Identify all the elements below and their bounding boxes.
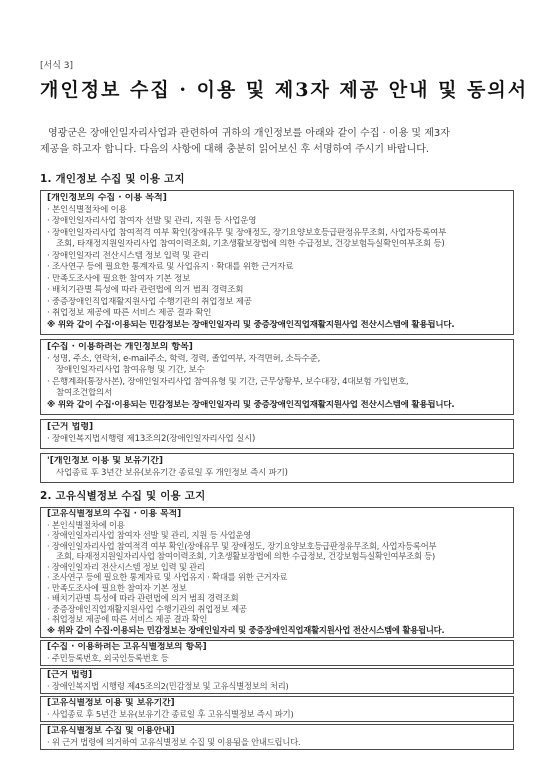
form-number-label: [서식 3] (40, 58, 514, 71)
info-box-title: [고유식별정보 이용 및 보유기간] (47, 698, 507, 709)
notice-emphasis-line: ※ 위와 같이 수집·이용되는 민감정보는 장애인일자리 및 중증장애인직업재활… (47, 400, 507, 412)
bullet-line: · 취업정보 제공에 따른 서비스 제공 결과 확인 (47, 614, 507, 625)
info-box: [근거 법령]· 장애인복지법시행령 제13조의2(장애인일자리사업 실시) (40, 419, 514, 449)
info-box: [개인정보의 수집 · 이용 목적]· 본인식별절차에 이용· 장애인일자리사업… (40, 190, 514, 335)
bullet-line: 조회, 타재정지원일자리사업 참여이력조회, 기초생활보장법에 의한 수급정보,… (47, 551, 507, 562)
bullet-line: · 중증장애인직업재활지원사업 수행기관의 취업정보 제공 (47, 297, 507, 309)
info-box-title: [근거 법령] (47, 670, 507, 681)
info-box-title: [수집 · 이용하려는 고유식별정보의 항목] (47, 642, 507, 653)
bullet-line: · 취업정보 제공에 따른 서비스 제공 결과 확인 (47, 308, 507, 320)
bullet-line: · 장애인일자리 전산시스템 정보 입력 및 관리 (47, 251, 507, 263)
section-unique-id-notice: 2. 고유식별정보 수집 및 이용 고지 [고유식별정보의 수집 · 이용 목적… (40, 488, 514, 750)
bullet-line: · 조사연구 등에 필요한 통계자료 및 사업유지 · 확대를 위한 근거자료 (47, 262, 507, 274)
section-2-heading: 2. 고유식별정보 수집 및 이용 고지 (40, 488, 514, 503)
bullet-line: · 장애인일자리사업 참여자 선발 및 관리, 지원 등 사업운영 (47, 216, 507, 228)
section-personal-info-notice: 1. 개인정보 수집 및 이용 고지 [개인정보의 수집 · 이용 목적]· 본… (40, 171, 514, 483)
consent-document-page: [서식 3] 개인정보 수집 · 이용 및 제3자 제공 안내 및 동의서 영광… (0, 0, 550, 778)
intro-line-2: 제공을 하고자 합니다. 다음의 사항에 대해 충분히 읽어보신 후 서명하여 … (40, 142, 514, 158)
intro-line-1: 영광군은 장애인일자리사업과 관련하여 귀하의 개인정보를 아래와 같이 수집 … (40, 126, 514, 142)
notice-emphasis-line: ※ 위와 같이 수집·이용되는 민감정보는 장애인일자리 및 중증장애인직업재활… (47, 320, 507, 332)
info-box: [고유식별정보의 수집 · 이용 목적]· 본인식별절차에 이용· 장애인일자리… (40, 507, 514, 638)
info-box: [수집 · 이용하려는 개인정보의 항목]· 성명, 주소, 연락처, e-ma… (40, 339, 514, 415)
bullet-line: · 장애인일자리 전산시스템 정보 입력 및 관리 (47, 562, 507, 573)
bullet-line: · 장애인일자리사업 참여적격 여부 확인(장애유무 및 장애정도, 장기요양보… (47, 228, 507, 240)
bullet-line: · 장애인일자리사업 참여자 선발 및 관리, 지원 등 사업운영 (47, 530, 507, 541)
info-box: [수집 · 이용하려는 고유식별정보의 항목]· 주민등록번호, 외국인등록번호… (40, 640, 514, 666)
bullet-line: · 성명, 주소, 연락처, e-mail주소, 학력, 경력, 졸업여부, 자… (47, 354, 507, 366)
bullet-line: · 배치기관별 특성에 따라 관련법에 의거 범죄 경력조회 (47, 593, 507, 604)
bullet-line: 사업종료 후 3년간 보유(보유기간 종료일 후 개인정보 즉시 파기) (47, 468, 507, 480)
bullet-line: 조회, 타재정지원일자리사업 참여이력조회, 기초생활보장법에 의한 수급정보,… (47, 239, 507, 251)
bullet-line: · 조사연구 등에 필요한 통계자료 및 사업유지 · 확대를 위한 근거자료 (47, 572, 507, 583)
bullet-line: · 위 근거 법령에 의거하여 고유식별정보 수집 및 이용됨을 안내드립니다. (47, 737, 507, 748)
info-box-title: [고유식별정보 수집 및 이용안내] (47, 726, 507, 737)
info-box: [고유식별정보 이용 및 보유기간]· 사업종료 후 5년간 보유(보유기간 종… (40, 696, 514, 722)
bullet-line: · 배치기관별 특성에 따라 관련법에 의거 범죄 경력조회 (47, 285, 507, 297)
section-1-boxes: [개인정보의 수집 · 이용 목적]· 본인식별절차에 이용· 장애인일자리사업… (40, 190, 514, 483)
bullet-line: · 장애인복지법 시행령 제45조의2(민감정보 및 고유식별정보의 처리) (47, 681, 507, 692)
info-box: '[개인정보 이용 및 보유기간]사업종료 후 3년간 보유(보유기간 종료일 … (40, 453, 514, 483)
info-box-title: '[개인정보 이용 및 보유기간] (47, 456, 507, 468)
bullet-line: · 만족도조사에 필요한 참여자 기본 정보 (47, 274, 507, 286)
info-box: [고유식별정보 수집 및 이용안내]· 위 근거 법령에 의거하여 고유식별정보… (40, 724, 514, 750)
section-1-heading: 1. 개인정보 수집 및 이용 고지 (40, 171, 514, 186)
bullet-line: · 은행계좌(통장사본), 장애인일자리사업 참여유형 및 기간, 근무상황부,… (47, 377, 507, 389)
notice-emphasis-line: ※ 위와 같이 수집·이용되는 민감정보는 장애인일자리 및 중증장애인직업재활… (47, 625, 507, 636)
bullet-line: · 본인식별절차에 이용 (47, 520, 507, 531)
info-box-title: [개인정보의 수집 · 이용 목적] (47, 193, 507, 205)
bullet-line: · 장애인복지법시행령 제13조의2(장애인일자리사업 실시) (47, 434, 507, 446)
bullet-line: · 사업종료 후 5년간 보유(보유기간 종료일 후 고유식별정보 즉시 파기) (47, 709, 507, 720)
bullet-line: · 주민등록번호, 외국인등록번호 등 (47, 653, 507, 664)
bullet-line: 장애인일자리사업 참여유형 및 기간, 보수 (47, 365, 507, 377)
intro-paragraph: 영광군은 장애인일자리사업과 관련하여 귀하의 개인정보를 아래와 같이 수집 … (40, 126, 514, 158)
info-box-title: [수집 · 이용하려는 개인정보의 항목] (47, 342, 507, 354)
bullet-line: · 본인식별절차에 이용 (47, 205, 507, 217)
info-box: [근거 법령]· 장애인복지법 시행령 제45조의2(민감정보 및 고유식별정보… (40, 668, 514, 694)
document-title: 개인정보 수집 · 이용 및 제3자 제공 안내 및 동의서 (40, 75, 514, 102)
section-2-boxes: [고유식별정보의 수집 · 이용 목적]· 본인식별절차에 이용· 장애인일자리… (40, 507, 514, 750)
bullet-line: · 장애인일자리사업 참여적격 여부 확인(장애유무 및 장애정도, 장기요양보… (47, 541, 507, 552)
info-box-title: [근거 법령] (47, 422, 507, 434)
bullet-line: · 만족도조사에 필요한 참여자 기본 정보 (47, 583, 507, 594)
bullet-line: 참여조건합의서 (47, 388, 507, 400)
info-box-title: [고유식별정보의 수집 · 이용 목적] (47, 509, 507, 520)
bullet-line: · 중증장애인직업재활지원사업 수행기관의 취업정보 제공 (47, 604, 507, 615)
